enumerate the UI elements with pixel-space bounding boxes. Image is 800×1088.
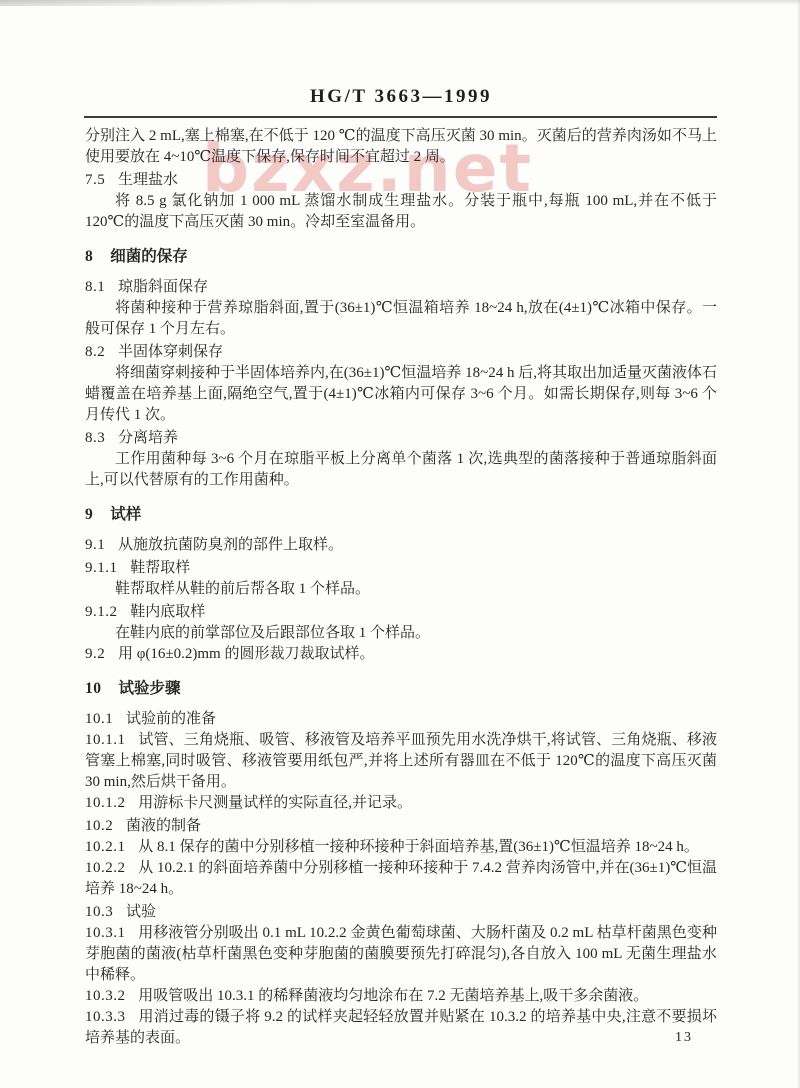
paragraph-text: 试验 bbox=[126, 904, 156, 920]
header-rule bbox=[84, 116, 717, 118]
clause-number: 10.3 bbox=[85, 904, 113, 920]
paragraph-text: 鞋帮取样 bbox=[130, 560, 190, 576]
paragraph-text: 分离培养 bbox=[118, 430, 178, 446]
clause-number: 10.2.2 bbox=[85, 860, 126, 876]
clause-number: 8.1 bbox=[85, 279, 105, 295]
paragraph-text: 将菌种接种于营养琼脂斜面,置于(36±1)℃恒温箱培养 18~24 h,放在(4… bbox=[85, 300, 717, 337]
clause-heading: 9.1.2鞋内底取样 bbox=[85, 602, 717, 623]
clause-number: 10.3.2 bbox=[85, 988, 126, 1004]
standard-number-header: HG/T 3663—1999 bbox=[85, 86, 717, 108]
clause-number: 10.2 bbox=[85, 818, 113, 834]
document-body: 分别注入 2 mL,塞上棉塞,在不低于 120 ℃的温度下高压灭菌 30 min… bbox=[85, 126, 717, 1049]
paragraph: 10.2.1从 8.1 保存的菌中分别移植一接种环接种于斜面培养基,置(36±1… bbox=[85, 837, 717, 858]
paragraph: 工作用菌种每 3~6 个月在琼脂平板上分离单个菌落 1 次,选典型的菌落接种于普… bbox=[85, 449, 717, 491]
paragraph: 9.2用 φ(16±0.2)mm 的圆形裁刀裁取试样。 bbox=[85, 644, 717, 665]
paragraph-text: 将细菌穿刺接种于半固体培养内,在(36±1)℃恒温培养 18~24 h 后,将其… bbox=[85, 365, 717, 423]
clause-heading: 8.2半固体穿刺保存 bbox=[85, 342, 717, 363]
paragraph-text: 用 φ(16±0.2)mm 的圆形裁刀裁取试样。 bbox=[118, 646, 374, 662]
paragraph-text: 鞋帮取样从鞋的前后帮各取 1 个样品。 bbox=[115, 581, 370, 597]
paragraph-text: 将 8.5 g 氯化钠加 1 000 mL 蒸馏水制成生理盐水。分装于瓶中,每瓶… bbox=[85, 193, 717, 230]
clause-number: 10.2.1 bbox=[85, 839, 126, 855]
section-heading: 10试验步骤 bbox=[85, 678, 717, 699]
scan-edge-artifact bbox=[0, 0, 800, 6]
paragraph: 10.3.2用吸管吸出 10.3.1 的稀释菌液均匀地涂布在 7.2 无菌培养基… bbox=[85, 986, 717, 1007]
clause-number: 10.3.1 bbox=[85, 925, 126, 941]
paragraph: 鞋帮取样从鞋的前后帮各取 1 个样品。 bbox=[85, 579, 717, 600]
section-heading: 9试样 bbox=[85, 504, 717, 525]
paragraph-text: 试样 bbox=[110, 506, 141, 523]
clause-number: 9.1.1 bbox=[85, 560, 118, 576]
paragraph-text: 试管、三角烧瓶、吸管、移液管及培养平皿预先用水洗净烘干,将试管、三角烧瓶、移液管… bbox=[85, 732, 717, 790]
paragraph-text: 从施放抗菌防臭剂的部件上取样。 bbox=[118, 537, 343, 553]
paragraph-text: 半固体穿刺保存 bbox=[118, 344, 223, 360]
paragraph: 分别注入 2 mL,塞上棉塞,在不低于 120 ℃的温度下高压灭菌 30 min… bbox=[85, 126, 717, 168]
paragraph-text: 用移液管分别吸出 0.1 mL 10.2.2 金黄色葡萄球菌、大肠杆菌及 0.2… bbox=[85, 925, 717, 983]
paragraph-text: 生理盐水 bbox=[118, 172, 178, 188]
clause-heading: 7.5生理盐水 bbox=[85, 170, 717, 191]
paragraph-text: 分别注入 2 mL,塞上棉塞,在不低于 120 ℃的温度下高压灭菌 30 min… bbox=[85, 128, 717, 165]
paragraph: 9.1从施放抗菌防臭剂的部件上取样。 bbox=[85, 535, 717, 556]
paragraph: 10.3.3用消过毒的镊子将 9.2 的试样夹起轻轻放置并贴紧在 10.3.2 … bbox=[85, 1007, 717, 1049]
clause-number: 10.1 bbox=[85, 711, 113, 727]
paragraph-text: 用消过毒的镊子将 9.2 的试样夹起轻轻放置并贴紧在 10.3.2 的培养基中央… bbox=[85, 1009, 717, 1046]
paragraph-text: 从 10.2.1 的斜面培养菌中分别移植一接种环接种于 7.4.2 营养肉汤管中… bbox=[85, 860, 717, 897]
paragraph-text: 试验步骤 bbox=[119, 680, 181, 697]
section-heading: 8细菌的保存 bbox=[85, 246, 717, 267]
clause-number: 9.1 bbox=[85, 537, 105, 553]
clause-heading: 10.1试验前的准备 bbox=[85, 709, 717, 730]
paragraph: 10.1.2用游标卡尺测量试样的实际直径,并记录。 bbox=[85, 793, 717, 814]
paragraph-text: 用游标卡尺测量试样的实际直径,并记录。 bbox=[138, 795, 412, 811]
paragraph: 10.1.1试管、三角烧瓶、吸管、移液管及培养平皿预先用水洗净烘干,将试管、三角… bbox=[85, 730, 717, 793]
clause-heading: 10.2菌液的制备 bbox=[85, 816, 717, 837]
clause-number: 9.2 bbox=[85, 646, 105, 662]
clause-heading: 9.1.1鞋帮取样 bbox=[85, 558, 717, 579]
clause-heading: 8.3分离培养 bbox=[85, 428, 717, 449]
clause-number: 10.3.3 bbox=[85, 1009, 126, 1025]
clause-number: 8.3 bbox=[85, 430, 105, 446]
document-page: bzxz.net HG/T 3663—1999 分别注入 2 mL,塞上棉塞,在… bbox=[0, 0, 800, 1088]
clause-number: 9 bbox=[85, 506, 93, 523]
paragraph: 将菌种接种于营养琼脂斜面,置于(36±1)℃恒温箱培养 18~24 h,放在(4… bbox=[85, 298, 717, 340]
paragraph-text: 在鞋内底的前掌部位及后跟部位各取 1 个样品。 bbox=[115, 625, 430, 641]
paragraph-text: 用吸管吸出 10.3.1 的稀释菌液均匀地涂布在 7.2 无菌培养基上,吸干多余… bbox=[138, 988, 648, 1004]
clause-number: 9.1.2 bbox=[85, 604, 118, 620]
paragraph-text: 菌液的制备 bbox=[126, 818, 201, 834]
paragraph-text: 鞋内底取样 bbox=[130, 604, 205, 620]
clause-number: 7.5 bbox=[85, 172, 105, 188]
paragraph: 在鞋内底的前掌部位及后跟部位各取 1 个样品。 bbox=[85, 623, 717, 644]
paragraph-text: 细菌的保存 bbox=[110, 248, 188, 265]
paragraph-text: 琼脂斜面保存 bbox=[118, 279, 208, 295]
clause-heading: 10.3试验 bbox=[85, 902, 717, 923]
paragraph: 将 8.5 g 氯化钠加 1 000 mL 蒸馏水制成生理盐水。分装于瓶中,每瓶… bbox=[85, 191, 717, 233]
paragraph-text: 工作用菌种每 3~6 个月在琼脂平板上分离单个菌落 1 次,选典型的菌落接种于普… bbox=[85, 451, 717, 488]
clause-number: 10.1.1 bbox=[85, 732, 126, 748]
paragraph: 10.3.1用移液管分别吸出 0.1 mL 10.2.2 金黄色葡萄球菌、大肠杆… bbox=[85, 923, 717, 986]
clause-heading: 8.1琼脂斜面保存 bbox=[85, 277, 717, 298]
paragraph-text: 从 8.1 保存的菌中分别移植一接种环接种于斜面培养基,置(36±1)℃恒温培养… bbox=[138, 839, 699, 855]
paragraph: 将细菌穿刺接种于半固体培养内,在(36±1)℃恒温培养 18~24 h 后,将其… bbox=[85, 363, 717, 426]
page-number: 13 bbox=[648, 1030, 720, 1046]
clause-number: 8.2 bbox=[85, 344, 105, 360]
paragraph: 10.2.2从 10.2.1 的斜面培养菌中分别移植一接种环接种于 7.4.2 … bbox=[85, 858, 717, 900]
clause-number: 8 bbox=[85, 248, 93, 265]
clause-number: 10.1.2 bbox=[85, 795, 126, 811]
clause-number: 10 bbox=[85, 680, 102, 697]
paragraph-text: 试验前的准备 bbox=[126, 711, 216, 727]
